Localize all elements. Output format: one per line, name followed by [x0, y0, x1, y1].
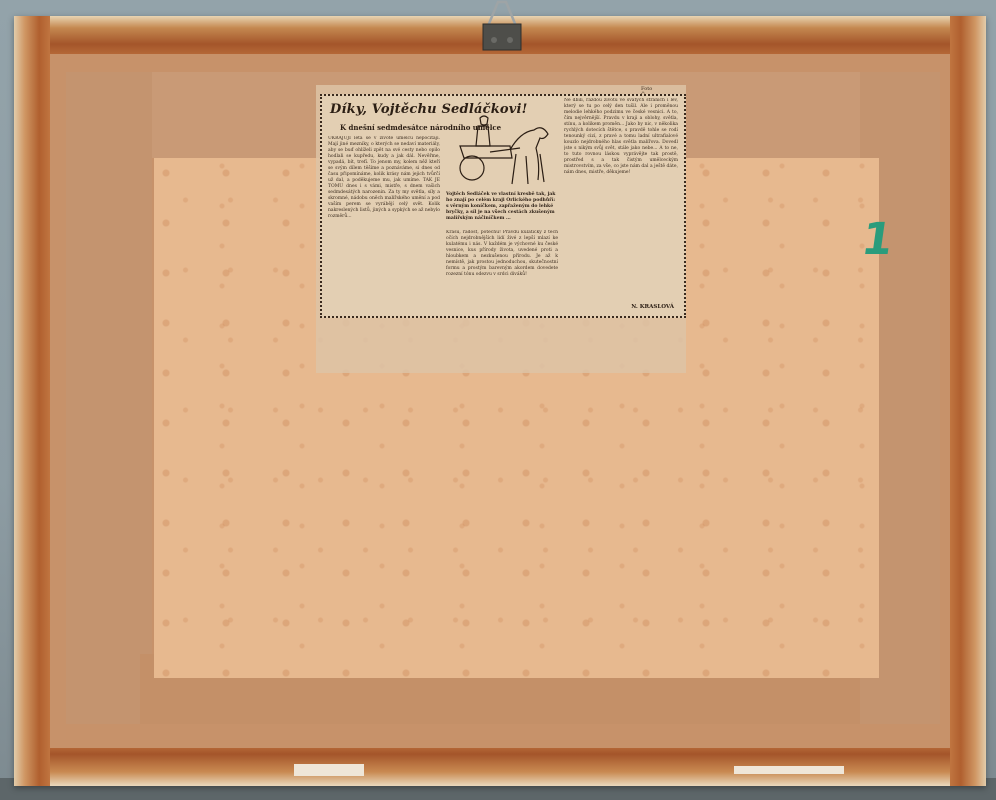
horse-cart-illustration	[450, 110, 556, 188]
tape-strip-left	[66, 72, 152, 724]
frame-right-rail	[950, 16, 986, 786]
article-column-3: Ne dbili, ráždou životu ve svatých strán…	[564, 98, 678, 298]
paint-chip	[734, 766, 844, 774]
article-column-1: UKRAJUJI léta se v životě umělců nepočít…	[328, 136, 440, 310]
hanger	[482, 0, 522, 54]
author-signature: N. KRASLOVÁ	[631, 304, 674, 310]
frame-bottom-rail	[14, 746, 986, 786]
paint-chip	[294, 764, 364, 776]
illustration-caption: Vojtěch Sedláček ve vlastní kresbě tak, …	[446, 192, 558, 222]
horse-and-carriage-icon	[450, 110, 556, 188]
article-column-2: Krásu, radost, potěchu! Pravdu kulatičky…	[446, 230, 558, 326]
frame-left-rail	[14, 16, 50, 786]
newspaper-clipping: Díky, Vojtěchu Sedláčkovi! K dnešní sedm…	[320, 94, 686, 318]
metal-hanger-icon	[482, 0, 522, 54]
